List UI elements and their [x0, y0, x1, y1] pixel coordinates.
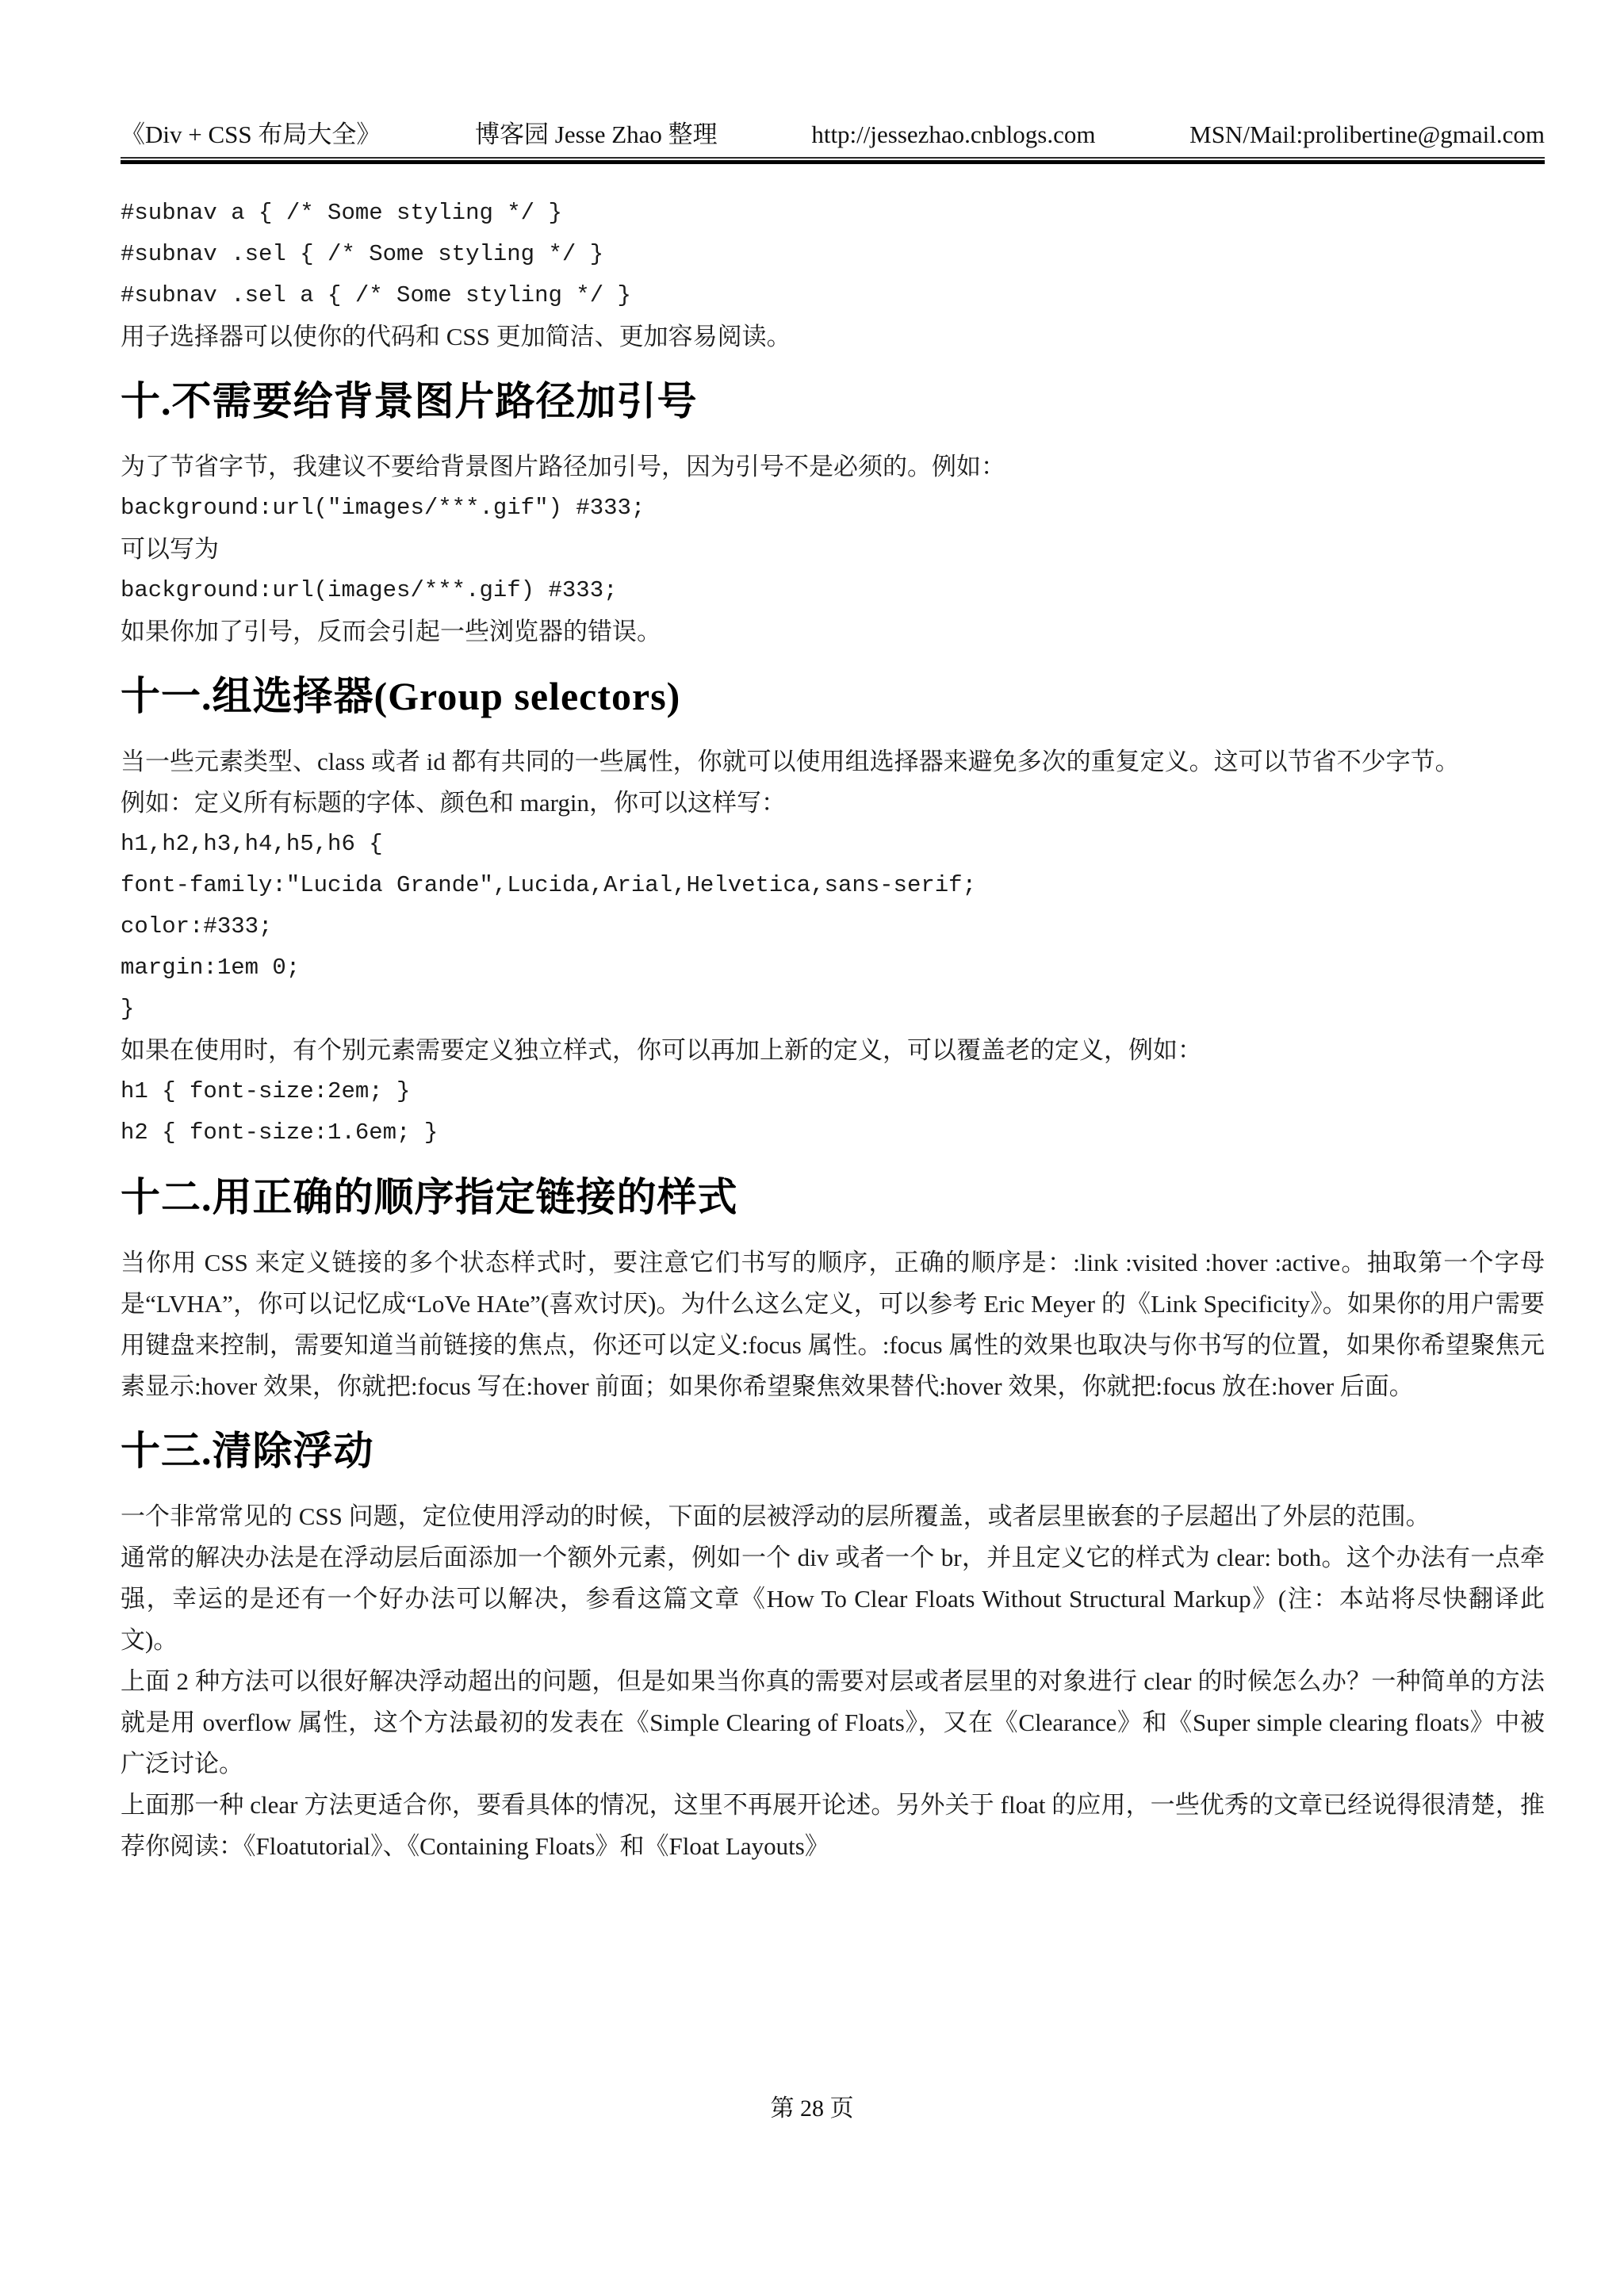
- section-heading: 十三.清除浮动: [121, 1428, 1545, 1474]
- code-line: background:url("images/***.gif") #333;: [121, 488, 1545, 529]
- code-line: }: [121, 989, 1545, 1030]
- code-line: #subnav .sel { /* Some styling */ }: [121, 234, 1545, 275]
- code-line: color:#333;: [121, 906, 1545, 947]
- code-line: margin:1em 0;: [121, 947, 1545, 989]
- header-editor: 博客园 Jesse Zhao 整理: [475, 119, 718, 151]
- header-url: http://jessezhao.cnblogs.com: [811, 119, 1095, 151]
- header-rule: [121, 157, 1545, 164]
- paragraph: 如果你加了引号，反而会引起一些浏览器的错误。: [121, 611, 1545, 652]
- code-line: h1,h2,h3,h4,h5,h6 {: [121, 824, 1545, 865]
- code-line: #subnav a { /* Some styling */ }: [121, 193, 1545, 234]
- paragraph: 如果在使用时，有个别元素需要定义独立样式，你可以再加上新的定义，可以覆盖老的定义…: [121, 1030, 1545, 1071]
- page-number: 第 28 页: [771, 2095, 854, 2122]
- code-line: font-family:"Lucida Grande",Lucida,Arial…: [121, 865, 1545, 906]
- code-line: h1 { font-size:2em; }: [121, 1071, 1545, 1112]
- document-page: 《Div + CSS 布局大全》 博客园 Jesse Zhao 整理 http:…: [0, 0, 1624, 2296]
- section-heading: 十一.组选择器(Group selectors): [121, 673, 1545, 719]
- code-line: background:url(images/***.gif) #333;: [121, 570, 1545, 611]
- paragraph: 当你用 CSS 来定义链接的多个状态样式时，要注意它们书写的顺序，正确的顺序是：…: [121, 1242, 1545, 1407]
- document-body: #subnav a { /* Some styling */ }#subnav …: [121, 193, 1545, 1867]
- code-line: #subnav .sel a { /* Some styling */ }: [121, 275, 1545, 316]
- paragraph: 上面 2 种方法可以很好解决浮动超出的问题，但是如果当你真的需要对层或者层里的对…: [121, 1661, 1545, 1785]
- paragraph: 上面那一种 clear 方法更适合你，要看具体的情况，这里不再展开论述。另外关于…: [121, 1785, 1545, 1867]
- page-header: 《Div + CSS 布局大全》 博客园 Jesse Zhao 整理 http:…: [121, 119, 1545, 151]
- page-footer: 第 28 页: [0, 2093, 1624, 2125]
- section-heading: 十.不需要给背景图片路径加引号: [121, 378, 1545, 424]
- header-contact: MSN/Mail:prolibertine@gmail.com: [1189, 119, 1545, 151]
- code-line: h2 { font-size:1.6em; }: [121, 1112, 1545, 1154]
- paragraph: 为了节省字节，我建议不要给背景图片路径加引号，因为引号不是必须的。例如：: [121, 446, 1545, 488]
- header-title: 《Div + CSS 布局大全》: [121, 119, 381, 151]
- paragraph: 当一些元素类型、class 或者 id 都有共同的一些属性，你就可以使用组选择器…: [121, 741, 1545, 783]
- paragraph: 可以写为: [121, 529, 1545, 570]
- paragraph: 例如：定义所有标题的字体、颜色和 margin，你可以这样写：: [121, 783, 1545, 824]
- paragraph: 一个非常常见的 CSS 问题，定位使用浮动的时候，下面的层被浮动的层所覆盖，或者…: [121, 1496, 1545, 1537]
- paragraph: 用子选择器可以使你的代码和 CSS 更加简洁、更加容易阅读。: [121, 316, 1545, 358]
- paragraph: 通常的解决办法是在浮动层后面添加一个额外元素，例如一个 div 或者一个 br，…: [121, 1537, 1545, 1661]
- section-heading: 十二.用正确的顺序指定链接的样式: [121, 1174, 1545, 1220]
